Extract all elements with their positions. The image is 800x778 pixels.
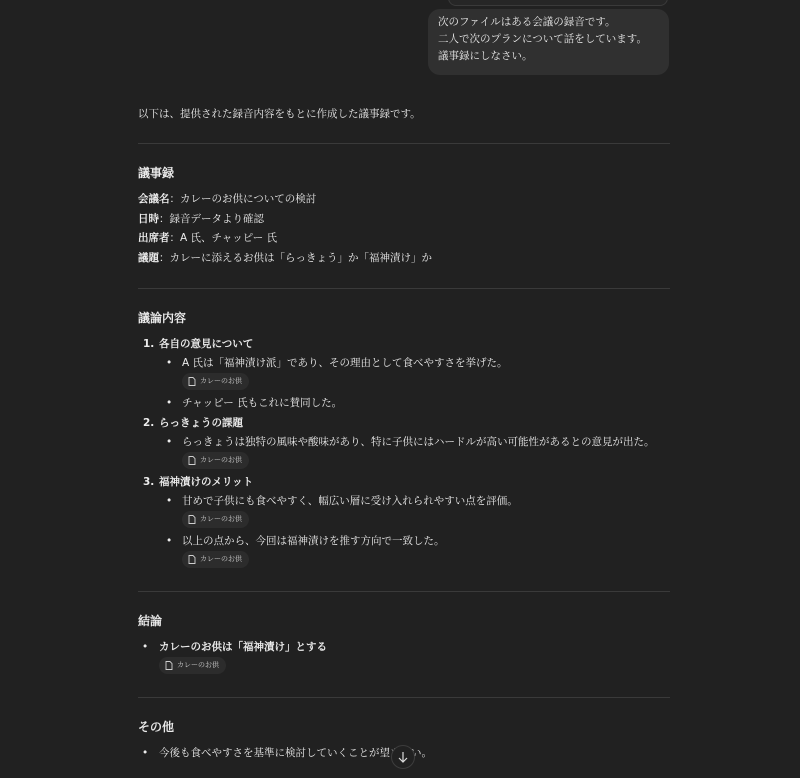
- meta-label: 出席者: [138, 232, 170, 244]
- meta-sep: ：: [159, 213, 170, 225]
- discussion-item: 1.各自の意見について A 氏は「福神漬け派」であり、その理由として食べやすさを…: [138, 335, 670, 413]
- item-title: 各自の意見について: [159, 338, 253, 350]
- item-number: 1.: [143, 335, 159, 354]
- document-icon: [188, 555, 196, 564]
- divider: [138, 143, 670, 144]
- list-item: 甘めで子供にも食べやすく、幅広い層に受け入れられやすい点を評価。 カレーのお供: [166, 492, 670, 531]
- other-heading: その他: [138, 718, 670, 736]
- item-title: らっきょうの課題: [159, 417, 243, 429]
- meta-value: A 氏、チャッピー 氏: [180, 232, 277, 244]
- meta-sep: ：: [170, 193, 181, 205]
- list-item: A 氏は「福神漬け派」であり、その理由として食べやすさを挙げた。 カレーのお供: [166, 354, 670, 393]
- bullet-text: らっきょうは独特の風味や酸味があり、特に子供にはハードルが高い可能性があるとの意…: [182, 436, 655, 448]
- user-message-line: 次のファイルはある会議の録音です。: [438, 14, 659, 31]
- meta-value: 録音データより確認: [170, 213, 265, 225]
- response-intro: 以下は、提供された録音内容をもとに作成した議事録です。: [138, 105, 670, 123]
- item-number: 2.: [143, 414, 159, 433]
- user-message-line: 議事録にしなさい。: [438, 48, 659, 65]
- bullet-text: チャッピー 氏もこれに賛同した。: [182, 397, 342, 409]
- meta-agenda: 議題：カレーに添えるお供は「らっきょう」か「福神漬け」か: [138, 249, 670, 269]
- citation-label: カレーのお供: [177, 656, 219, 675]
- user-message-line: 二人で次のプランについて話をしています。: [438, 31, 659, 48]
- attachment-card[interactable]: [448, 0, 668, 6]
- arrow-down-icon: [398, 751, 408, 763]
- citation-chip[interactable]: カレーのお供: [182, 452, 249, 469]
- assistant-response: 以下は、提供された録音内容をもとに作成した議事録です。 議事録 会議名：カレーの…: [138, 105, 670, 763]
- bullet-text: 甘めで子供にも食べやすく、幅広い層に受け入れられやすい点を評価。: [182, 495, 518, 507]
- list-item: チャッピー 氏もこれに賛同した。: [166, 394, 670, 413]
- meta-label: 議題: [138, 252, 159, 264]
- meta-value: カレーのお供についての検討: [180, 193, 316, 205]
- bullet-text: A 氏は「福神漬け派」であり、その理由として食べやすさを挙げた。: [182, 357, 508, 369]
- meta-label: 日時: [138, 213, 159, 225]
- meta-value: カレーに添えるお供は「らっきょう」か「福神漬け」か: [170, 252, 433, 264]
- document-icon: [188, 515, 196, 524]
- conclusion-text: カレーのお供は「福神漬け」とする: [159, 641, 327, 653]
- citation-chip[interactable]: カレーのお供: [159, 657, 226, 674]
- citation-label: カレーのお供: [200, 510, 242, 529]
- divider: [138, 591, 670, 592]
- list-item: 以上の点から、今回は福神漬けを推す方向で一致した。 カレーのお供: [166, 532, 670, 571]
- citation-label: カレーのお供: [200, 372, 242, 391]
- document-icon: [188, 377, 196, 386]
- discussion-heading: 議論内容: [138, 309, 670, 327]
- conclusion-heading: 結論: [138, 612, 670, 630]
- bullet-text: 以上の点から、今回は福神漬けを推す方向で一致した。: [182, 535, 445, 547]
- meta-date: 日時：録音データより確認: [138, 210, 670, 230]
- discussion-item: 2.らっきょうの課題 らっきょうは独特の風味や酸味があり、特に子供にはハードルが…: [138, 414, 670, 472]
- meta-sep: ：: [170, 232, 181, 244]
- minutes-heading: 議事録: [138, 164, 670, 182]
- meta-label: 会議名: [138, 193, 170, 205]
- citation-chip[interactable]: カレーのお供: [182, 511, 249, 528]
- item-number: 3.: [143, 473, 159, 492]
- item-title: 福神漬けのメリット: [159, 476, 253, 488]
- citation-chip[interactable]: カレーのお供: [182, 551, 249, 568]
- discussion-item: 3.福神漬けのメリット 甘めで子供にも食べやすく、幅広い層に受け入れられやすい点…: [138, 473, 670, 571]
- meta-sep: ：: [159, 252, 170, 264]
- document-icon: [188, 456, 196, 465]
- scroll-to-bottom-button[interactable]: [391, 745, 415, 769]
- user-message-bubble: 次のファイルはある会議の録音です。 二人で次のプランについて話をしています。 議…: [428, 9, 669, 75]
- citation-label: カレーのお供: [200, 451, 242, 470]
- citation-chip[interactable]: カレーのお供: [182, 373, 249, 390]
- list-item: らっきょうは独特の風味や酸味があり、特に子供にはハードルが高い可能性があるとの意…: [166, 433, 670, 472]
- citation-label: カレーのお供: [200, 550, 242, 569]
- discussion-list: 1.各自の意見について A 氏は「福神漬け派」であり、その理由として食べやすさを…: [138, 335, 670, 571]
- divider: [138, 697, 670, 698]
- divider: [138, 288, 670, 289]
- meta-meeting-name: 会議名：カレーのお供についての検討: [138, 190, 670, 210]
- list-item: カレーのお供は「福神漬け」とする カレーのお供: [138, 638, 670, 677]
- meta-attendees: 出席者：A 氏、チャッピー 氏: [138, 229, 670, 249]
- document-icon: [165, 661, 173, 670]
